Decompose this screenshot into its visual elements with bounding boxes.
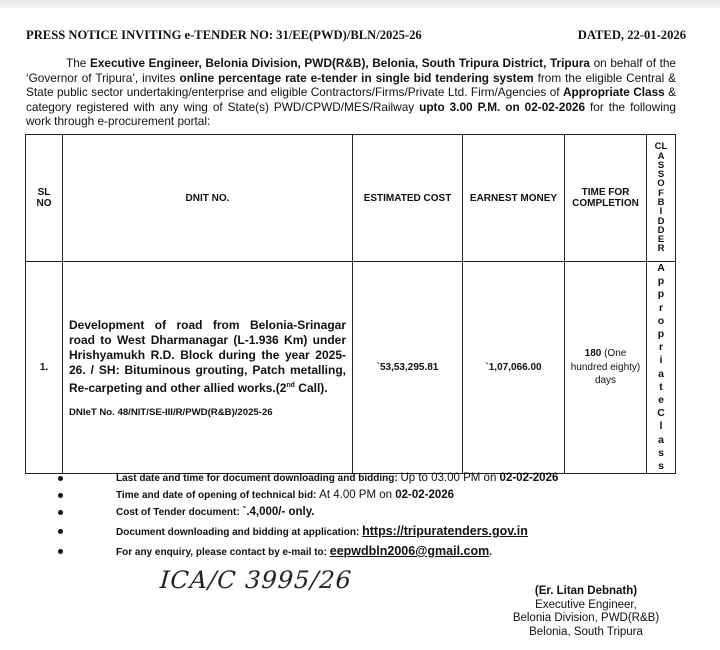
item-label: For any enquiry, please contact by e-mai… [116, 547, 330, 558]
appropriate-class-vertical: AppropriateClass [647, 262, 675, 473]
header-class-of-bidder: CLASSOFBIDDER [647, 135, 676, 262]
table-row: 1. Development of road from Belonia-Srin… [26, 262, 676, 474]
bullet-icon [58, 476, 63, 481]
signature-block: (Er. Litan Debnath) Executive Engineer, … [486, 585, 686, 639]
row-sl: 1. [26, 262, 63, 474]
bid-deadline: upto 3.00 P.M. on 02-02-2026 [419, 100, 585, 114]
vertical-letter: A [657, 262, 665, 275]
item-value-bold: `.4,000/- only. [242, 506, 314, 518]
vertical-letter: o [658, 315, 664, 328]
row-work: Development of road from Belonia-Srinaga… [63, 262, 353, 474]
vertical-letter: R [658, 244, 665, 253]
item-value: At 4.00 PM on [319, 489, 395, 501]
row-estimated-cost: `53,53,295.81 [353, 262, 463, 474]
notice-title: PRESS NOTICE INVITING e-TENDER NO: 31/EE… [26, 28, 422, 42]
header-sl: SLNO [26, 135, 63, 262]
header-estimated-cost: ESTIMATED COST [353, 135, 463, 262]
header-time-for-completion: TIME FORCOMPLETION [565, 135, 647, 262]
vertical-letter: p [658, 288, 664, 301]
signatory-name: (Er. Litan Debnath) [486, 585, 686, 599]
item-value-bold: 02-02-2026 [395, 489, 454, 501]
dniet-number: DNIeT No. 48/NIT/SE-III/R/PWD(R&B)/2025-… [69, 407, 346, 418]
tender-table: SLNO DNIT NO. ESTIMATED COST EARNEST MON… [25, 134, 676, 474]
list-item: Last date and time for document download… [58, 470, 678, 487]
work-description: Development of road from Belonia-Srinaga… [69, 318, 346, 397]
table-header-row: SLNO DNIT NO. ESTIMATED COST EARNEST MON… [26, 135, 676, 262]
tender-type: online percentage rate e-tender in singl… [180, 71, 534, 85]
bullet-icon [58, 510, 63, 515]
header-earnest-money: EARNEST MONEY [463, 135, 565, 262]
bullet-icon [58, 529, 63, 534]
signatory-location: Belonia, South Tripura [486, 626, 686, 640]
item-label: Document downloading and bidding at appl… [116, 527, 362, 538]
row-time-for-completion: 180 (One hundred eighty) days [565, 262, 647, 474]
list-item: Document downloading and bidding at appl… [58, 521, 678, 541]
bullet-icon [58, 549, 63, 554]
time-words: (One hundred eighty) days [571, 348, 641, 386]
notice-date: DATED, 22-01-2026 [578, 28, 686, 43]
signatory-office: Belonia Division, PWD(R&B) [486, 612, 686, 626]
row-earnest-money: `1,07,066.00 [463, 262, 565, 474]
vertical-letter: C [657, 407, 665, 420]
notice-title-row: PRESS NOTICE INVITING e-TENDER NO: 31/EE… [26, 28, 686, 43]
intro-paragraph: The Executive Engineer, Belonia Division… [26, 56, 676, 129]
time-days: 180 [585, 348, 602, 359]
tender-portal-link[interactable]: https://tripuratenders.gov.in [362, 524, 528, 538]
list-item: Time and date of opening of technical bi… [58, 487, 678, 504]
item-value: Up to 03.00 PM on [400, 472, 499, 484]
tender-details-list: Last date and time for document download… [58, 470, 678, 561]
vertical-letter: r [659, 341, 663, 354]
intro-text: The [66, 56, 90, 70]
vertical-letter: p [658, 328, 664, 341]
vertical-letter: i [660, 354, 663, 367]
vertical-letter: l [660, 420, 663, 433]
item-label: Cost of Tender document: [116, 507, 242, 518]
vertical-letter: a [658, 368, 664, 381]
vertical-letter: a [658, 434, 664, 447]
vertical-letter: e [658, 394, 664, 407]
class-of-bidder-vertical: CLASSOFBIDDER [647, 142, 675, 254]
item-label: Last date and time for document download… [116, 473, 400, 484]
row-class-of-bidder: AppropriateClass [647, 262, 676, 474]
handwritten-reference: ICA/C 3995/26 [159, 566, 353, 594]
bidder-class: Appropriate Class [563, 85, 665, 99]
header-dnit: DNIT NO. [63, 135, 353, 262]
vertical-letter: s [658, 447, 664, 460]
list-item: For any enquiry, please contact by e-mai… [58, 541, 678, 561]
page-top-band [0, 0, 720, 8]
item-label: Time and date of opening of technical bi… [116, 490, 319, 501]
vertical-letter: r [659, 302, 663, 315]
contact-email-link[interactable]: eepwdbln2006@gmail.com [330, 544, 489, 558]
issuer: Executive Engineer, Belonia Division, PW… [90, 56, 590, 70]
item-value-bold: 02-02-2026 [500, 472, 559, 484]
signatory-designation: Executive Engineer, [486, 599, 686, 613]
vertical-letter: t [659, 381, 663, 394]
bullet-icon [58, 493, 63, 498]
item-suffix: . [489, 547, 492, 558]
vertical-letter: p [658, 275, 664, 288]
list-item: Cost of Tender document: `.4,000/- only. [58, 504, 678, 521]
